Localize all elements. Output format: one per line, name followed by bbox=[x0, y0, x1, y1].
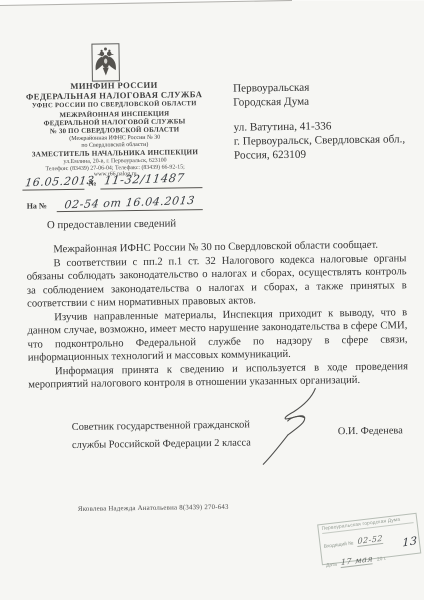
stamp-extra-mark-handwritten: 13 bbox=[402, 534, 418, 549]
signature-stroke-icon bbox=[257, 384, 334, 467]
signatory-position-line1: Советник государственной гражданской bbox=[72, 416, 250, 435]
letter-body: Межрайонная ИФНС России № 30 по Свердлов… bbox=[26, 238, 408, 392]
stamp-date-handwritten: 17 мая bbox=[341, 554, 373, 568]
stamp-date-label: Дата bbox=[326, 563, 337, 569]
recipient-org-line1: Первоуральская bbox=[233, 82, 309, 96]
recipient-address-line3: Россия, 623109 bbox=[234, 149, 306, 163]
on-number-label: На № bbox=[27, 201, 47, 210]
body-paragraph: Изучив направленные материалы, Инспекция… bbox=[27, 306, 408, 365]
subject-line: О предоставлении сведений bbox=[47, 217, 176, 231]
scanned-letter-page: МИНФИН РОССИИ ФЕДЕРАЛЬНАЯ НАЛОГОВАЯ СЛУЖ… bbox=[0, 0, 424, 600]
page-content: МИНФИН РОССИИ ФЕДЕРАЛЬНАЯ НАЛОГОВАЯ СЛУЖ… bbox=[0, 0, 424, 600]
number-sign-label: № bbox=[88, 179, 96, 188]
signatory-position-line2: службы Российской Федерации 2 класса bbox=[72, 434, 251, 453]
number-underline bbox=[100, 187, 202, 189]
body-paragraph: В соответствии с пп.2 п.1 ст. 32 Налогов… bbox=[26, 252, 407, 311]
stamp-incoming-label: Входящий № bbox=[324, 541, 354, 549]
outgoing-number-handwritten: 11-32/11487 bbox=[103, 171, 185, 188]
executor-contact: Яковлева Надежда Анатольевна 8(3439) 270… bbox=[78, 504, 229, 513]
recipient-address-line1: ул. Ватутина, 41-336 bbox=[234, 120, 332, 134]
recipient-address-line2: г. Первоуральск, Свердловская обл., bbox=[234, 133, 406, 148]
body-paragraph: Информация принята к сведению и использу… bbox=[28, 360, 408, 392]
letterhead-line: УФНС РОССИИ ПО СВЕРДЛОВСКОЙ ОБЛАСТИ bbox=[15, 100, 213, 111]
signatory-name: О.И. Феденева bbox=[338, 422, 403, 440]
stamp-incoming-number-handwritten: 02-52 bbox=[357, 534, 383, 547]
date-underline bbox=[22, 189, 84, 191]
coat-of-arms-icon bbox=[91, 43, 120, 81]
outgoing-date-handwritten: 16.05.2013 bbox=[24, 174, 95, 189]
recipient-org-line2: Городская Дума bbox=[233, 96, 309, 110]
stamp-year-suffix: 20 г. bbox=[377, 557, 387, 563]
